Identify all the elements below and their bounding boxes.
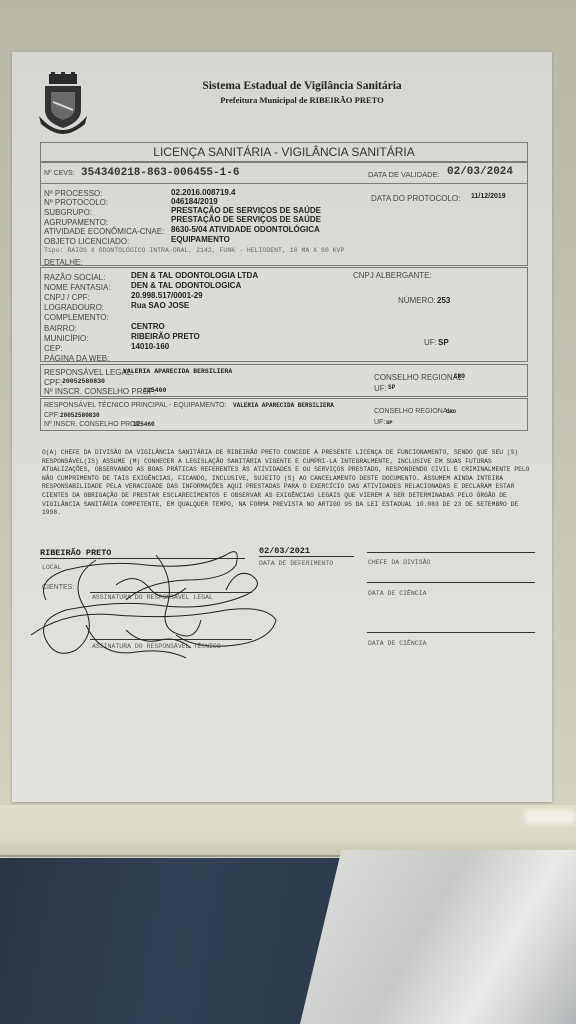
- cevs-label: Nº CEVS:: [44, 170, 75, 177]
- resp-tecnico-inscr-label: Nº INSCR. CONSELHO PROF:: [44, 421, 142, 428]
- uf-label: UF:: [424, 338, 437, 347]
- ciencia1-label: DATA DE CIÊNCIA: [368, 590, 427, 597]
- system-title: Sistema Estadual de Vigilância Sanitária: [12, 80, 552, 92]
- resp-legal-conselho-label: CONSELHO REGIONAL:: [374, 373, 465, 382]
- resp-tecnico-label: RESPONSÁVEL TÉCNICO PRINCIPAL - EQUIPAME…: [44, 402, 227, 409]
- resp-tecnico-cpf-label: CPF:: [44, 412, 60, 419]
- cep-value: 14010-160: [131, 342, 169, 351]
- numero-label: NÚMERO:: [398, 296, 436, 305]
- logradouro-label: LOGRADOURO:: [44, 303, 104, 312]
- cevs-number: 354340218-863-006455-1-6: [81, 167, 239, 179]
- process-section: Nº PROCESSO: 02.2016.008719.4 DATA DO PR…: [40, 184, 528, 266]
- legal-text: O(A) CHEFE DA DIVISÃO DA VIGILÂNCIA SANI…: [42, 449, 532, 518]
- license-document: Sistema Estadual de Vigilância Sanitária…: [12, 52, 552, 802]
- bairro-value: CENTRO: [131, 322, 165, 331]
- uf-value: SP: [438, 338, 449, 347]
- establishment-section: RAZÃO SOCIAL: DEN & TAL ODONTOLOGIA LTDA…: [40, 267, 528, 362]
- complemento-label: COMPLEMENTO:: [44, 313, 109, 322]
- dark-fabric: [0, 858, 340, 1024]
- resp-tecnico-uf: SP: [386, 419, 393, 426]
- razao-label: RAZÃO SOCIAL:: [44, 273, 105, 282]
- ciencia2-label: DATA DE CIÊNCIA: [368, 640, 427, 647]
- white-cloth: [300, 850, 576, 1024]
- subgrupo-label: SUBGRUPO:: [44, 208, 92, 217]
- cnpj-value: 20.998.517/0001-29: [131, 291, 203, 300]
- tipo-equipamento: Tipo: RAIOS X ODONTOLÓGICO INTRA-ORAL, 2…: [44, 247, 344, 254]
- bairro-label: BAIRRO:: [44, 324, 77, 333]
- razao-value: DEN & TAL ODONTOLOGIA LTDA: [131, 271, 258, 280]
- protocolo-value: 046184/2019: [171, 197, 218, 206]
- resp-legal-uf-label: UF:: [374, 384, 387, 393]
- logradouro-value: Rua SAO JOSE: [131, 301, 189, 310]
- resp-tecnico-conselho-label: CONSELHO REGIONAL:: [374, 408, 453, 415]
- cevs-row: Nº CEVS: 354340218-863-006455-1-6 DATA D…: [40, 162, 528, 184]
- objeto-value: EQUIPAMENTO: [171, 235, 230, 244]
- municipio-label: MUNICÍPIO:: [44, 334, 88, 343]
- document-title: LICENÇA SANITÁRIA - VIGILÂNCIA SANITÁRIA: [40, 142, 528, 162]
- resp-legal-label: RESPONSÁVEL LEGAL:: [44, 368, 134, 377]
- validade-label: DATA DE VALIDADE:: [368, 170, 440, 179]
- handwritten-signature-icon: [26, 540, 286, 660]
- light-glare: [525, 810, 575, 824]
- cep-label: CEP:: [44, 344, 63, 353]
- resp-legal-inscr: 125460: [143, 387, 166, 394]
- ciencia1-line: [367, 582, 535, 583]
- protocolo-label: Nº PROTOCOLO:: [44, 198, 108, 207]
- resp-tecnico-nome: VALERIA APARECIDA BERSILIERA: [233, 402, 334, 409]
- processo-label: Nº PROCESSO:: [44, 189, 103, 198]
- resp-legal-inscr-label: Nº INSCR. CONSELHO PROF:: [44, 387, 156, 396]
- resp-tecnico-cpf: 20052580830: [60, 412, 100, 419]
- municipio-value: RIBEIRÃO PRETO: [131, 332, 200, 341]
- cnpj-albergante-label: CNPJ ALBERGANTE:: [353, 271, 432, 280]
- validade-date: 02/03/2024: [447, 166, 513, 178]
- chefe-line: [367, 552, 535, 553]
- resp-legal-nome: VALERIA APARECIDA BERSILIERA: [123, 368, 232, 375]
- cnpj-label: CNPJ / CPF:: [44, 293, 90, 302]
- subgrupo-value: PRESTAÇÃO DE SERVIÇOS DE SAÚDE: [171, 206, 321, 215]
- data-protocolo-label: DATA DO PROTOCOLO:: [371, 194, 460, 203]
- prefecture-title: Prefeitura Municipal de RIBEIRÃO PRETO: [12, 95, 552, 105]
- resp-tecnico-uf-label: UF:: [374, 419, 385, 426]
- web-label: PÁGINA DA WEB:: [44, 354, 109, 363]
- agrupamento-value: PRESTAÇÃO DE SERVIÇOS DE SAÚDE: [171, 215, 321, 224]
- numero-value: 253: [437, 296, 450, 305]
- resp-tecnico-conselho: CRO: [446, 408, 456, 415]
- agrupamento-label: AGRUPAMENTO:: [44, 218, 108, 227]
- cnae-value: 8630-5/04 ATIVIDADE ODONTOLÓGICA: [171, 225, 320, 234]
- legal-responsible-section: RESPONSÁVEL LEGAL: VALERIA APARECIDA BER…: [40, 364, 528, 397]
- resp-legal-uf: SP: [388, 384, 395, 391]
- technical-responsible-section: RESPONSÁVEL TÉCNICO PRINCIPAL - EQUIPAME…: [40, 398, 528, 431]
- resp-legal-cpf-label: CPF:: [44, 378, 62, 387]
- resp-tecnico-inscr: 125460: [133, 421, 155, 428]
- resp-legal-cpf: 20052580830: [62, 378, 105, 385]
- cnae-label: ATIVIDADE ECONÔMICA-CNAE:: [44, 227, 164, 236]
- fantasia-value: DEN & TAL ODONTOLOGICA: [131, 281, 241, 290]
- ciencia2-line: [367, 632, 535, 633]
- detalhe-label: DETALHE:: [44, 258, 83, 267]
- resp-legal-conselho: CRO: [454, 373, 465, 380]
- desk-ledge: [0, 805, 576, 857]
- processo-value: 02.2016.008719.4: [171, 188, 236, 197]
- chefe-label: CHEFE DA DIVISÃO: [368, 559, 430, 566]
- fantasia-label: NOME FANTASIA:: [44, 283, 111, 292]
- objeto-label: OBJETO LICENCIADO:: [44, 237, 129, 246]
- data-protocolo-value: 11/12/2019: [471, 193, 506, 200]
